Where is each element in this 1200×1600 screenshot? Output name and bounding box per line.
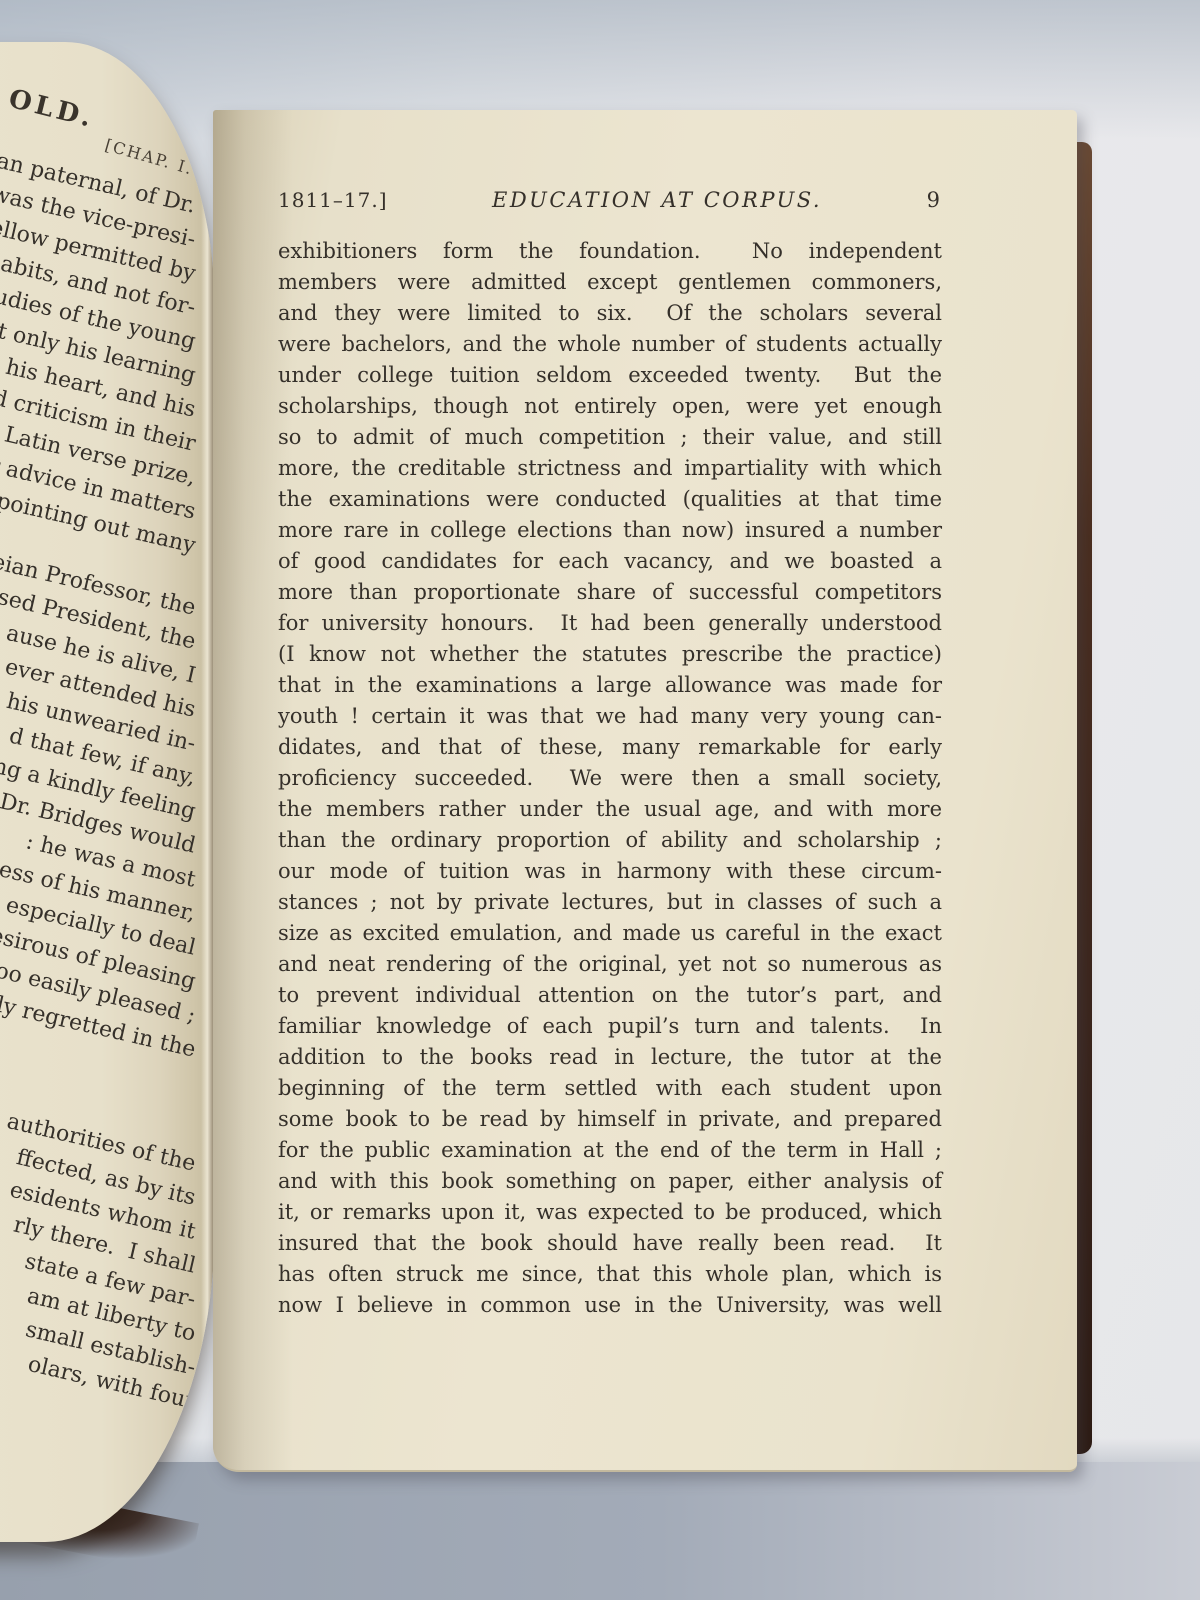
header-title: EDUCATION AT CORPUS. <box>388 188 927 212</box>
header-date-range: 1811–17.] <box>278 188 388 212</box>
text-line: that in the examinations a large allowan… <box>278 670 942 701</box>
text-line: didates, and that of these, many remarka… <box>278 732 942 763</box>
text-line: the examinations were conducted (qualiti… <box>278 484 942 515</box>
text-line: scholarships, though not entirely open, … <box>278 391 942 422</box>
left-running-header-fragment: OLD. <box>6 84 98 134</box>
left-page: OLD. [CHAP. I. han paternal, of Dr.was t… <box>0 42 215 1542</box>
text-line: addition to the books read in lecture, t… <box>278 1042 942 1073</box>
text-line: than the ordinary proportion of ability … <box>278 825 942 856</box>
text-line: to prevent individual attention on the t… <box>278 980 942 1011</box>
text-line: stances ; not by private lectures, but i… <box>278 887 942 918</box>
text-line: beginning of the term settled with each … <box>278 1073 942 1104</box>
text-line: exhibitioners form the foundation. No in… <box>278 236 942 267</box>
paragraph: han paternal, of Dr.was the vice-presi-f… <box>0 190 195 564</box>
text-line: proficiency succeeded. We were then a sm… <box>278 763 942 794</box>
text-line: some book to be read by himself in priva… <box>278 1104 942 1135</box>
text-line: under college tuition seldom exceeded tw… <box>278 360 942 391</box>
text-line: of good candidates for each vacancy, and… <box>278 546 942 577</box>
text-line: insured that the book should have really… <box>278 1228 942 1259</box>
text-line: the members rather under the usual age, … <box>278 794 942 825</box>
text-line: has often struck me since, that this who… <box>278 1259 942 1290</box>
text-line: and neat rendering of the original, yet … <box>278 949 942 980</box>
open-book-photo: OLD. [CHAP. I. han paternal, of Dr.was t… <box>0 0 1200 1600</box>
text-line: and they were limited to six. Of the sch… <box>278 298 942 329</box>
text-line: for the public examination at the end of… <box>278 1135 942 1166</box>
text-line: it, or remarks upon it, was expected to … <box>278 1197 942 1228</box>
text-line: for university honours. It had been gene… <box>278 608 942 639</box>
left-page-text: han paternal, of Dr.was the vice-presi-f… <box>0 190 195 1420</box>
text-line: so to admit of much competition ; their … <box>278 422 942 453</box>
text-line: now I believe in common use in the Unive… <box>278 1290 942 1321</box>
text-line: youth ! certain it was that we had many … <box>278 701 942 732</box>
paragraph: authorities of theffected, as by itsesid… <box>0 1148 195 1420</box>
text-line: our mode of tuition was in harmony with … <box>278 856 942 887</box>
right-page: 1811–17.] EDUCATION AT CORPUS. 9 exhibit… <box>213 110 1077 1472</box>
text-line: familiar knowledge of each pupil’s turn … <box>278 1011 942 1042</box>
paragraph: eian Professor, theased President, theau… <box>0 592 195 1068</box>
text-line: (I know not whether the statutes prescri… <box>278 639 942 670</box>
text-line: more rare in college elections than now)… <box>278 515 942 546</box>
text-line: were bachelors, and the whole number of … <box>278 329 942 360</box>
page-header: 1811–17.] EDUCATION AT CORPUS. 9 <box>278 188 940 222</box>
page-number: 9 <box>927 188 940 212</box>
right-page-text: exhibitioners form the foundation. No in… <box>278 236 942 1321</box>
text-line: and with this book something on paper, e… <box>278 1166 942 1197</box>
text-line: more, the creditable strictness and impa… <box>278 453 942 484</box>
text-line: more than proportionate share of success… <box>278 577 942 608</box>
text-line: size as excited emulation, and made us c… <box>278 918 942 949</box>
text-line: members were admitted except gentlemen c… <box>278 267 942 298</box>
